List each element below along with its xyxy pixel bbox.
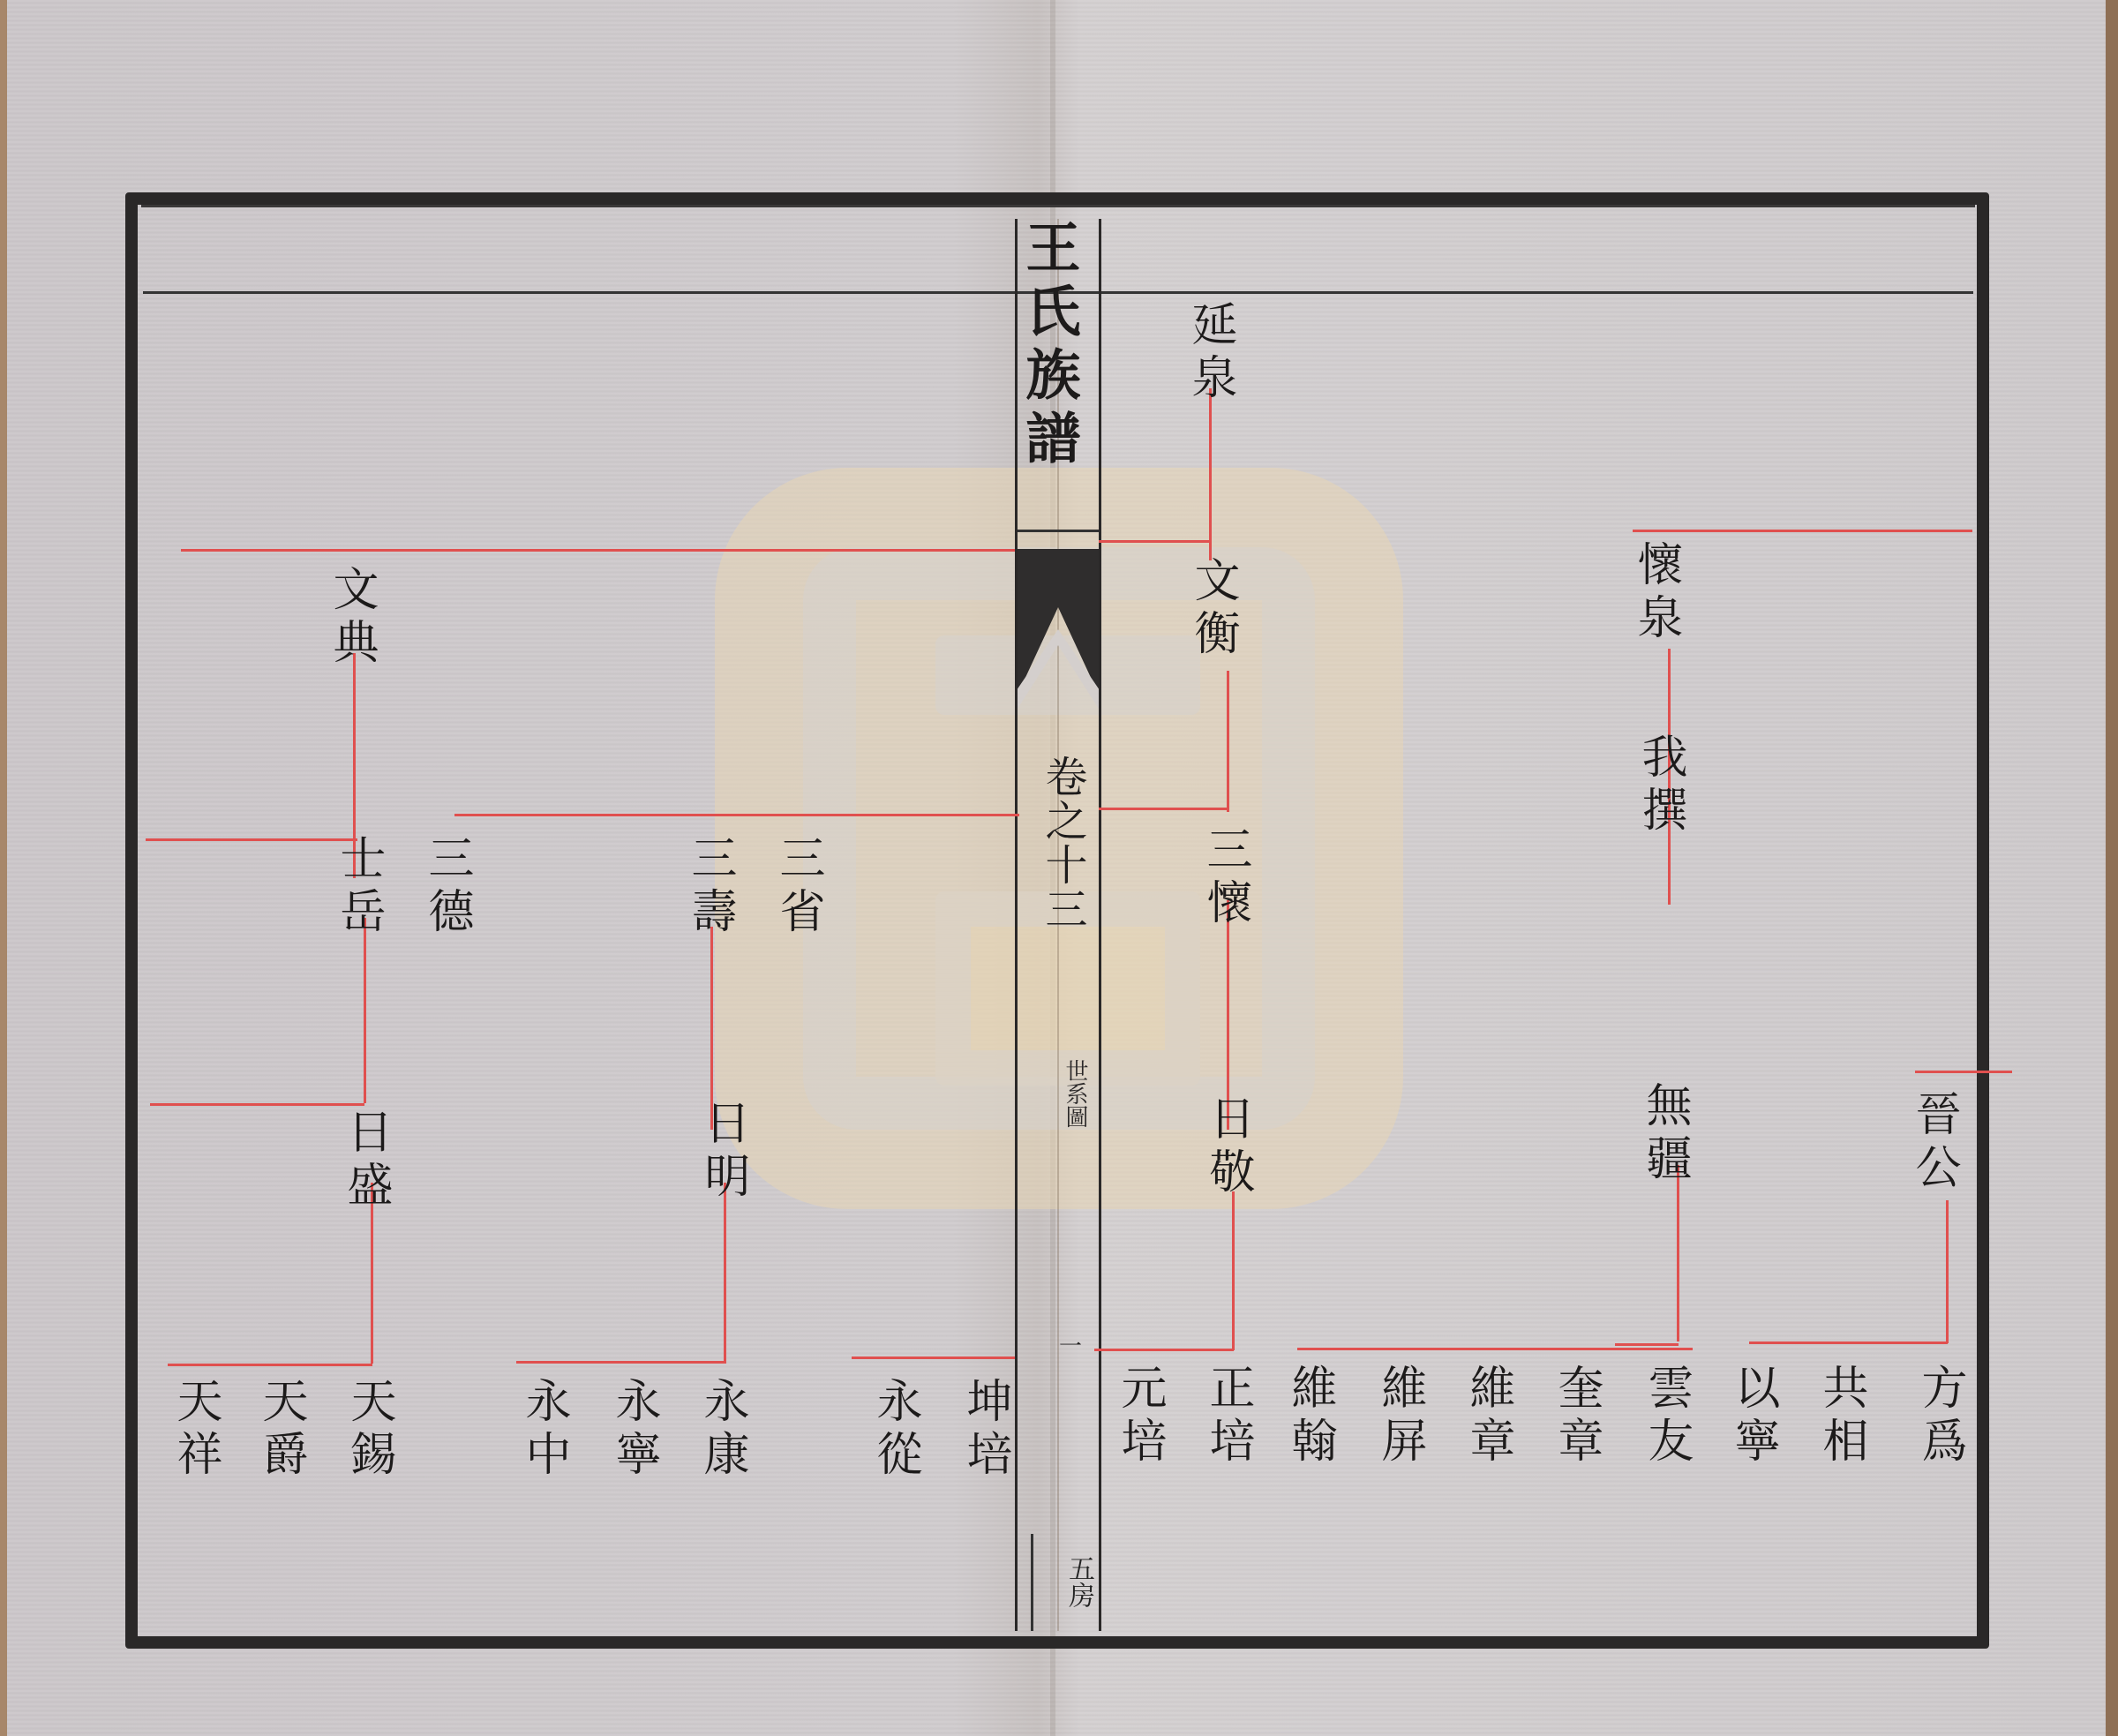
person-name: 文衡 bbox=[1190, 556, 1235, 662]
person-name: 坤培 bbox=[962, 1377, 1008, 1483]
branch-label: 五房 bbox=[1059, 1555, 1098, 1608]
lineage-line bbox=[1227, 671, 1229, 812]
person-name: 天錫 bbox=[346, 1377, 392, 1483]
book-edge-right bbox=[2106, 0, 2118, 1736]
lineage-line bbox=[1749, 1341, 1948, 1344]
lineage-line bbox=[516, 1361, 726, 1364]
lineage-line bbox=[1099, 808, 1229, 810]
person-name: 共相 bbox=[1818, 1364, 1864, 1469]
volume-label: 卷之十三 bbox=[1033, 755, 1093, 931]
lineage-line bbox=[454, 814, 1019, 816]
lineage-line bbox=[1232, 1191, 1235, 1350]
lineage-line bbox=[1615, 1343, 1679, 1346]
lineage-line bbox=[1915, 1071, 2012, 1073]
person-name: 士岳 bbox=[335, 834, 381, 940]
title-box-divider bbox=[1018, 530, 1099, 532]
person-name: 永康 bbox=[699, 1377, 745, 1483]
person-name: 雲友 bbox=[1643, 1364, 1689, 1469]
person-name: 永中 bbox=[521, 1377, 567, 1483]
person-name: 正培 bbox=[1205, 1364, 1251, 1469]
person-name: 天祥 bbox=[172, 1377, 218, 1483]
person-name: 日盛 bbox=[342, 1108, 388, 1214]
lineage-line bbox=[1297, 1348, 1693, 1350]
person-name: 三壽 bbox=[687, 834, 732, 940]
lineage-line bbox=[168, 1364, 372, 1366]
branch-box-rule bbox=[1031, 1534, 1033, 1631]
lineage-line bbox=[724, 1183, 726, 1364]
person-name: 天爵 bbox=[258, 1377, 304, 1483]
person-name: 維翰 bbox=[1287, 1364, 1333, 1469]
lineage-line bbox=[146, 838, 357, 841]
lineage-line bbox=[1633, 530, 1972, 532]
person-name: 永從 bbox=[872, 1377, 918, 1483]
person-name: 三德 bbox=[424, 834, 469, 940]
person-name: 永寧 bbox=[611, 1377, 657, 1483]
person-name: 方爲 bbox=[1917, 1364, 1963, 1469]
person-name: 文典 bbox=[328, 565, 374, 671]
lineage-line bbox=[364, 918, 366, 1103]
lineage-line bbox=[1094, 1349, 1234, 1351]
person-name: 無疆 bbox=[1641, 1081, 1687, 1187]
lineage-line bbox=[150, 1103, 364, 1106]
person-name: 懷泉 bbox=[1633, 540, 1679, 646]
person-name: 日敬 bbox=[1205, 1094, 1251, 1200]
person-name: 維屏 bbox=[1377, 1364, 1423, 1469]
person-name: 維章 bbox=[1465, 1364, 1511, 1469]
frame-inner-line bbox=[141, 205, 1975, 207]
person-name: 三懷 bbox=[1202, 825, 1248, 931]
book-edge-left bbox=[0, 0, 7, 1736]
person-name: 元培 bbox=[1116, 1364, 1162, 1469]
page-number: 一 bbox=[1059, 1328, 1082, 1361]
lineage-line bbox=[181, 549, 1015, 552]
lineage-line bbox=[852, 1356, 1015, 1359]
person-name: 晉公 bbox=[1911, 1090, 1957, 1196]
person-name: 延泉 bbox=[1187, 300, 1233, 406]
section-label: 世系圖 bbox=[1059, 1059, 1092, 1128]
lineage-line bbox=[1946, 1200, 1949, 1343]
person-name: 奎章 bbox=[1553, 1364, 1599, 1469]
lineage-line bbox=[1677, 1165, 1679, 1341]
person-name: 日明 bbox=[700, 1099, 746, 1205]
lineage-line bbox=[1099, 540, 1212, 543]
person-name: 我撰 bbox=[1637, 733, 1683, 838]
person-name: 三省 bbox=[775, 834, 821, 940]
document-title: 王氏族譜 bbox=[1026, 219, 1088, 473]
lineage-line bbox=[1209, 388, 1212, 560]
person-name: 以寧 bbox=[1730, 1364, 1776, 1469]
